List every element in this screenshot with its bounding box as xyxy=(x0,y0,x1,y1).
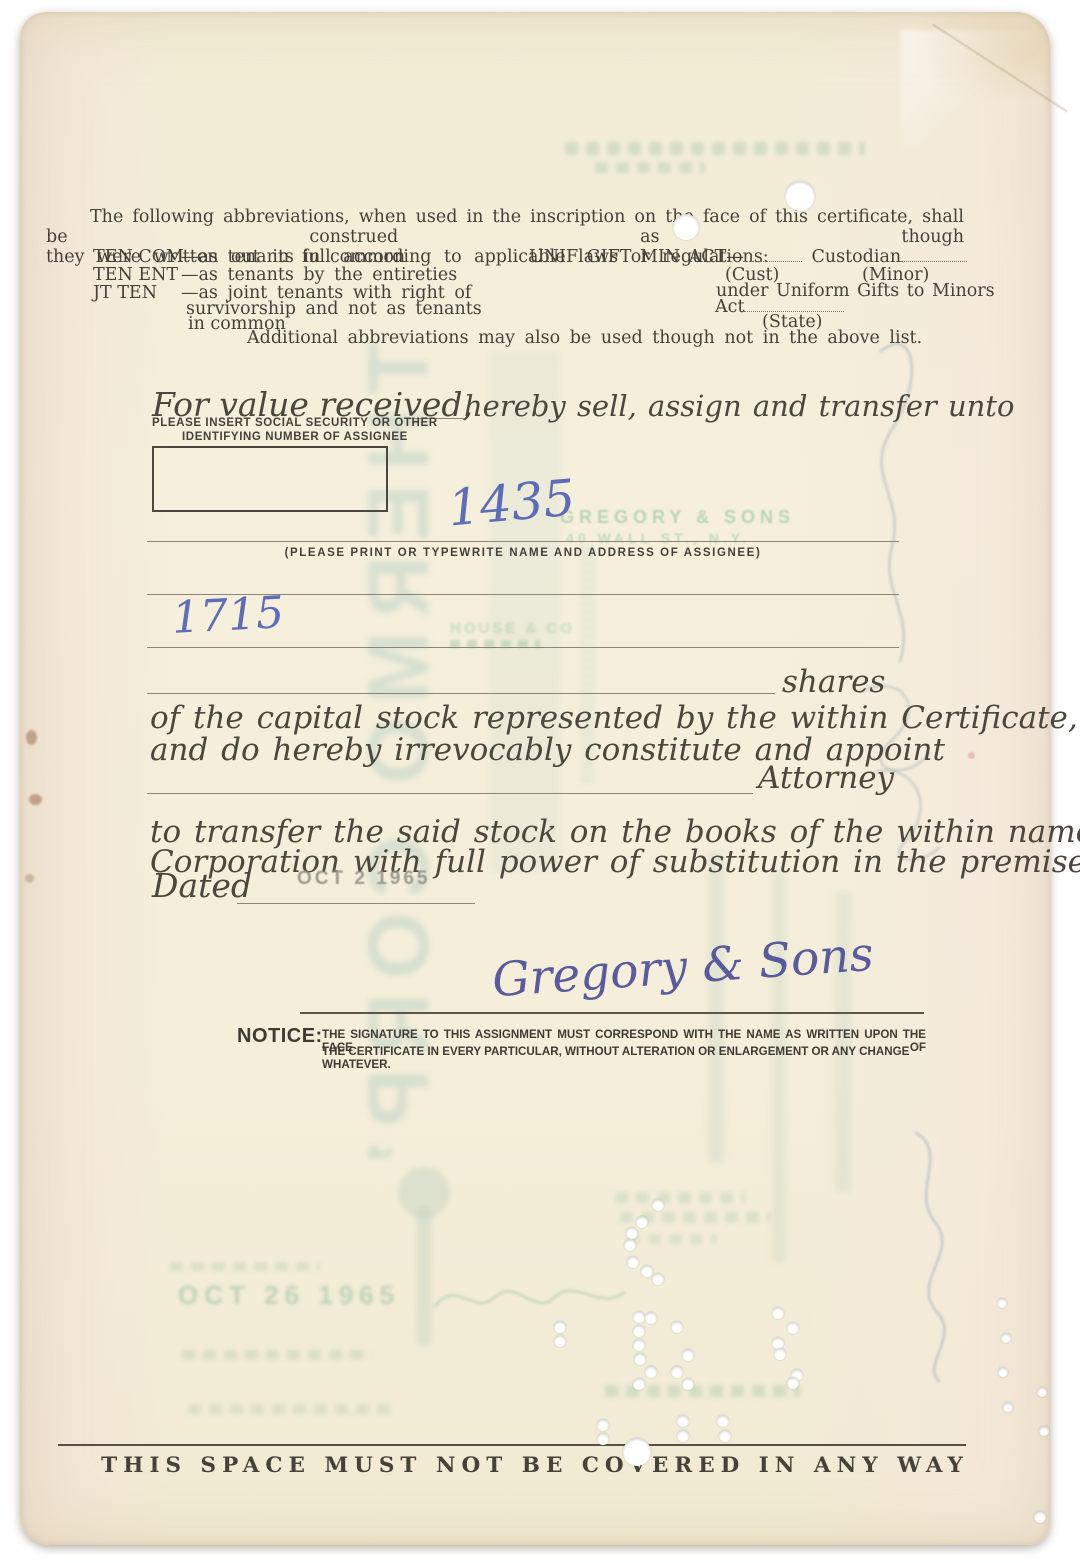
punch-hole xyxy=(1034,1511,1046,1523)
thermometer-logo-showthrough xyxy=(392,1167,472,1357)
stain xyxy=(29,794,42,805)
punch-hole xyxy=(787,1377,799,1389)
crease xyxy=(900,30,1070,150)
punch-hole xyxy=(633,1311,645,1323)
body-line-4: Corporation with full power of substitut… xyxy=(150,844,1080,880)
punch-hole xyxy=(652,1273,664,1285)
attorney-word: Attorney xyxy=(758,760,894,796)
punch-hole xyxy=(774,1348,786,1360)
punch-hole xyxy=(652,1199,664,1211)
punch-hole xyxy=(624,1239,636,1251)
punch-hole xyxy=(636,1216,648,1228)
act-label: Act xyxy=(715,297,744,317)
date-stamp: OCT 2 1965 xyxy=(297,868,431,890)
footer-text: THIS SPACE MUST NOT BE COVERED IN ANY WA… xyxy=(20,1453,1050,1478)
abbr-unif-gift-row: UNIF GIFT MIN ACT— Custodian xyxy=(529,247,967,267)
punch-hole xyxy=(682,1378,694,1390)
punch-hole xyxy=(717,1415,729,1427)
dotted-blank xyxy=(744,248,802,262)
punch-hole xyxy=(597,1433,609,1445)
stain xyxy=(25,874,34,883)
stain xyxy=(968,752,975,759)
punch-hole xyxy=(671,1321,683,1333)
certificate-back-page: THERMO CORP’ GREGORY & SONS 40 WALL ST.,… xyxy=(20,12,1050,1545)
punch-hole xyxy=(641,1265,653,1277)
punch-hole xyxy=(634,1353,646,1365)
punch-hole xyxy=(677,1415,689,1427)
punch-hole xyxy=(633,1325,645,1337)
punch-hole xyxy=(597,1419,609,1431)
punch-hole xyxy=(623,1438,651,1466)
body-line-1: of the capital stock represented by the … xyxy=(150,700,1078,736)
additional-note: Additional abbreviations may also be use… xyxy=(247,328,922,348)
date-stamp-showthrough: OCT 26 1965 xyxy=(178,1280,400,1311)
punch-hole xyxy=(677,1430,689,1442)
notice-line-2: THE CERTIFICATE IN EVERY PARTICULAR, WIT… xyxy=(322,1045,926,1071)
dotted-blank xyxy=(744,298,844,312)
pencil-signature-showthrough xyxy=(865,1112,995,1392)
punch-hole xyxy=(673,214,699,240)
signature-line xyxy=(300,1012,924,1014)
punch-hole xyxy=(1003,1402,1013,1412)
punch-hole xyxy=(633,1378,645,1390)
ssn-entry-box xyxy=(152,446,388,512)
punch-hole xyxy=(633,1339,645,1351)
abbr-term: JT TEN xyxy=(93,283,181,303)
punch-hole xyxy=(998,1367,1008,1377)
punch-hole xyxy=(785,181,815,211)
handwritten-number-left: 1715 xyxy=(171,587,286,644)
handwritten-number-top: 1435 xyxy=(446,469,578,538)
punch-hole xyxy=(645,1366,657,1378)
unif-gift-label: UNIF GIFT MIN ACT— xyxy=(529,247,744,267)
punch-hole xyxy=(1001,1333,1011,1343)
punch-hole xyxy=(671,1366,683,1378)
stain xyxy=(26,730,37,745)
scanned-stock-certificate-back: { "colors": { "paper": "#f4eeda", "ink":… xyxy=(0,0,1080,1563)
punch-hole xyxy=(997,1298,1007,1308)
punch-hole xyxy=(554,1321,566,1333)
abbr-definition: —as tenants by the entireties xyxy=(181,265,457,285)
punch-hole xyxy=(627,1256,639,1268)
shares-line xyxy=(147,693,775,694)
hereby-sell-text: hereby sell, assign and transfer unto xyxy=(464,389,1014,423)
ssn-box-label-line1: PLEASE INSERT SOCIAL SECURITY OR OTHER xyxy=(152,417,438,429)
notice-label: NOTICE: xyxy=(237,1025,323,1048)
footer-rule xyxy=(58,1444,966,1446)
abbr-definition: —as tenants in common xyxy=(181,247,405,267)
assignee-line-3 xyxy=(147,647,899,648)
dated-line xyxy=(237,903,475,904)
assignee-caption: (PLEASE PRINT OR TYPEWRITE NAME AND ADDR… xyxy=(147,547,899,559)
punch-hole xyxy=(682,1349,694,1361)
assignee-line-1 xyxy=(147,541,899,542)
attorney-line xyxy=(147,793,753,794)
abbr-term: TEN COM xyxy=(93,247,181,267)
shares-word: shares xyxy=(782,664,885,700)
abbreviations-intro-line1: The following abbreviations, when used i… xyxy=(46,207,964,247)
ssn-box-label-line2: IDENTIFYING NUMBER OF ASSIGNEE xyxy=(182,431,408,443)
punch-hole xyxy=(554,1335,566,1347)
punch-hole xyxy=(626,1227,638,1239)
punch-hole xyxy=(772,1307,784,1319)
dotted-blank xyxy=(901,248,967,262)
punch-hole xyxy=(1039,1426,1049,1436)
cursive-stamp-showthrough xyxy=(420,1247,640,1347)
showthrough-column xyxy=(708,852,724,1162)
punch-hole xyxy=(787,1322,799,1334)
crease-line xyxy=(932,24,1067,112)
punch-hole xyxy=(645,1312,657,1324)
custodian-label: Custodian xyxy=(811,247,901,267)
signature-gregory-and-sons: Gregory & Sons xyxy=(491,927,876,1009)
punch-hole xyxy=(719,1430,731,1442)
punch-hole xyxy=(1037,1387,1047,1397)
dated-label: Dated xyxy=(152,866,252,905)
abbr-row-ten-com: TEN COM—as tenants in common xyxy=(93,247,405,267)
abbr-term: TEN ENT xyxy=(93,265,181,285)
abbr-row-ten-ent: TEN ENT—as tenants by the entireties xyxy=(93,265,457,285)
